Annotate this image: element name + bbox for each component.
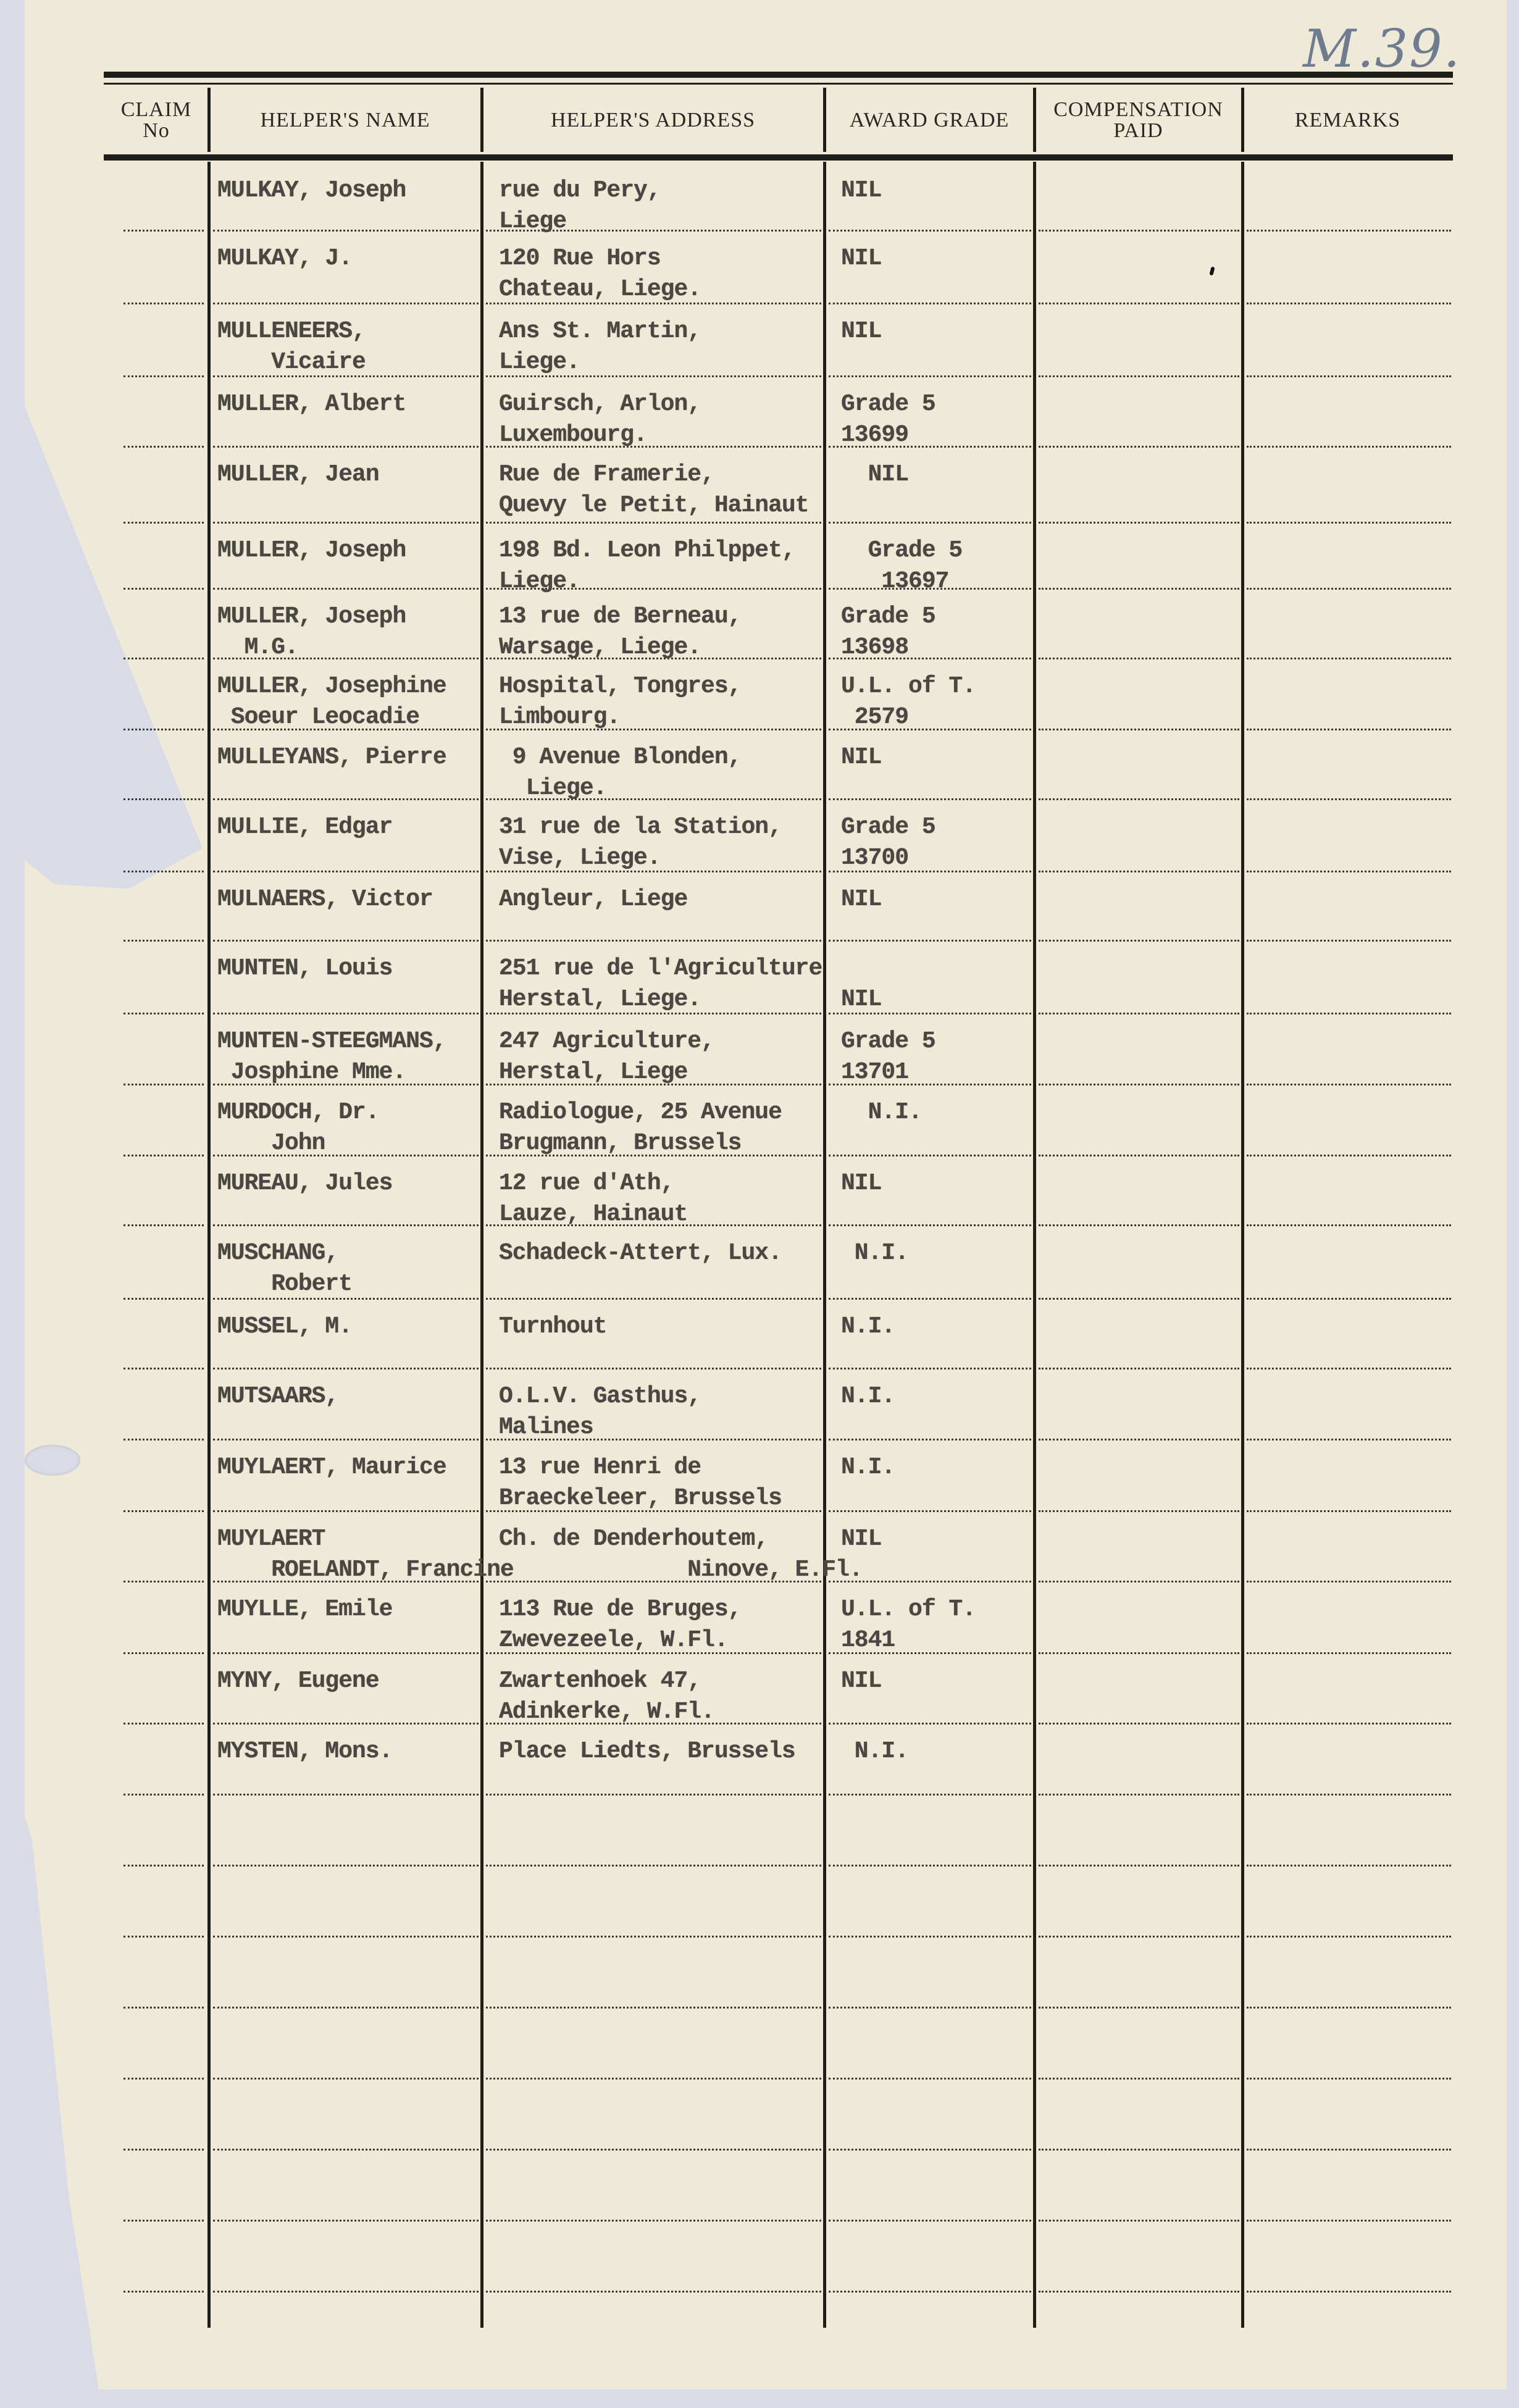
row-separator: [213, 1224, 479, 1226]
cell-name: MUNTEN, Louis: [217, 953, 392, 984]
cell-name: MULLER, Josephine Soeur Leocadie: [217, 671, 446, 733]
cell-award: NIL: [841, 742, 881, 773]
cell-name: MYNY, Eugene: [217, 1666, 379, 1697]
cell-name: MUYLAERT ROELANDT, Francine: [217, 1524, 514, 1586]
row-separator: [486, 940, 821, 942]
row-separator: [829, 1865, 1031, 1867]
row-separator: [213, 1368, 479, 1369]
row-separator: [829, 2149, 1031, 2151]
cell-address: Turnhout: [499, 1311, 606, 1342]
row-separator: [486, 2078, 821, 2080]
column-header-award: AWARD GRADE: [824, 93, 1034, 148]
cell-address: 251 rue de l'Agriculture Herstal, Liege.: [499, 953, 822, 1015]
header-bottom-rule: [104, 154, 1453, 161]
row-separator: [1039, 1084, 1239, 1085]
row-separator: [123, 940, 204, 942]
column-divider-header: [207, 88, 211, 152]
row-separator: [213, 1865, 479, 1867]
row-separator: [1039, 1298, 1239, 1300]
cell-name: MULLEYANS, Pierre: [217, 742, 446, 773]
cell-address: 113 Rue de Bruges, Zwevezeele, W.Fl.: [499, 1594, 741, 1656]
row-separator: [123, 588, 204, 590]
cell-award: N.I.: [841, 1381, 895, 1412]
row-separator: [1039, 2007, 1239, 2009]
row-separator: [123, 1224, 204, 1226]
cell-award: NIL: [841, 459, 908, 490]
column-divider: [823, 162, 826, 2328]
row-separator: [1039, 303, 1239, 304]
row-separator: [1039, 1368, 1239, 1369]
row-separator: [829, 1224, 1031, 1226]
cell-address: Guirsch, Arlon, Luxembourg.: [499, 389, 701, 451]
row-separator: [486, 2291, 821, 2293]
row-separator: [213, 2291, 479, 2293]
row-separator: [1247, 798, 1451, 800]
cell-address: 13 rue de Berneau, Warsage, Liege.: [499, 601, 741, 663]
row-separator: [1247, 1865, 1451, 1867]
row-separator: [1039, 1013, 1239, 1014]
cell-address: Ans St. Martin, Liege.: [499, 316, 701, 378]
row-separator: [123, 729, 204, 730]
row-separator: [829, 1439, 1031, 1440]
cell-address: 12 rue d'Ath, Lauze, Hainaut: [499, 1168, 687, 1230]
cell-address: rue du Pery, Liege: [499, 175, 661, 237]
row-separator: [1247, 1936, 1451, 1938]
cell-award: NIL: [841, 953, 881, 1015]
cell-award: NIL: [841, 1524, 881, 1555]
row-separator: [123, 1084, 204, 1085]
row-separator: [1247, 522, 1451, 524]
row-separator: [123, 871, 204, 872]
row-separator: [1039, 798, 1239, 800]
row-separator: [123, 1652, 204, 1654]
column-header-address: HELPER'S ADDRESS: [482, 93, 824, 148]
column-divider-header: [823, 88, 826, 152]
row-separator: [1039, 1652, 1239, 1654]
cell-award: N.I.: [841, 1097, 922, 1128]
row-separator: [1039, 1510, 1239, 1512]
row-separator: [123, 2149, 204, 2151]
row-separator: [123, 658, 204, 659]
cell-address: Ch. de Denderhoutem, Ninove, E.Fl.: [499, 1524, 863, 1586]
row-separator: [123, 798, 204, 800]
row-separator: [1039, 2149, 1239, 2151]
cell-name: MULLIE, Edgar: [217, 812, 392, 843]
row-separator: [829, 1794, 1031, 1796]
row-separator: [213, 2149, 479, 2151]
column-header-compensation: COMPENSATION PAID: [1034, 93, 1242, 148]
column-divider: [207, 162, 211, 2328]
cell-address: 120 Rue Hors Chateau, Liege.: [499, 243, 701, 305]
row-separator: [123, 1439, 204, 1440]
row-separator: [829, 303, 1031, 304]
cell-award: NIL: [841, 1666, 881, 1697]
row-separator: [1247, 940, 1451, 942]
cell-award: N.I.: [841, 1238, 908, 1269]
row-separator: [1247, 1510, 1451, 1512]
row-separator: [829, 1936, 1031, 1938]
row-separator: [829, 522, 1031, 524]
row-separator: [123, 1723, 204, 1724]
row-separator: [1039, 522, 1239, 524]
row-separator: [213, 2078, 479, 2080]
cell-address: 198 Bd. Leon Philppet, Liege.: [499, 535, 795, 597]
top-thick-rule: [104, 72, 1453, 78]
row-separator: [1247, 2149, 1451, 2151]
row-separator: [1247, 588, 1451, 590]
row-separator: [1247, 303, 1451, 304]
row-separator: [1247, 1581, 1451, 1582]
cell-address: Radiologue, 25 Avenue Brugmann, Brussels: [499, 1097, 782, 1159]
row-separator: [213, 446, 479, 448]
cell-address: Rue de Framerie, Quevy le Petit, Hainaut: [499, 459, 809, 521]
row-separator: [1039, 940, 1239, 942]
cell-name: MULLENEERS, Vicaire: [217, 316, 366, 378]
column-header-remarks: REMARKS: [1242, 93, 1453, 148]
cell-award: NIL: [841, 316, 881, 347]
cell-award: NIL: [841, 1168, 881, 1199]
row-separator: [486, 1794, 821, 1796]
cell-name: MULLER, Jean: [217, 459, 379, 490]
row-separator: [1039, 1936, 1239, 1938]
cell-award: Grade 5 13697: [841, 535, 962, 597]
cell-name: MYSTEN, Mons.: [217, 1736, 392, 1767]
row-separator: [1039, 729, 1239, 730]
row-separator: [123, 2007, 204, 2009]
row-separator: [1039, 658, 1239, 659]
cell-name: MULNAERS, Victor: [217, 884, 433, 915]
row-separator: [486, 2007, 821, 2009]
row-separator: [1039, 1439, 1239, 1440]
column-divider: [1241, 162, 1244, 2328]
row-separator: [213, 1510, 479, 1512]
row-separator: [486, 1865, 821, 1867]
row-separator: [486, 2149, 821, 2151]
cell-address: Schadeck-Attert, Lux.: [499, 1238, 782, 1269]
row-separator: [123, 230, 204, 232]
row-separator: [1247, 1013, 1451, 1014]
cell-name: MULLER, Albert: [217, 389, 406, 420]
cell-award: Grade 5 13698: [841, 601, 935, 663]
row-separator: [1247, 2220, 1451, 2222]
cell-address: 13 rue Henri de Braeckeleer, Brussels: [499, 1452, 782, 1514]
row-separator: [829, 940, 1031, 942]
row-separator: [1247, 729, 1451, 730]
row-separator: [486, 2220, 821, 2222]
cell-address: Place Liedts, Brussels: [499, 1736, 795, 1767]
cell-address: Hospital, Tongres, Limbourg.: [499, 671, 741, 733]
row-separator: [1247, 1794, 1451, 1796]
row-separator: [123, 2291, 204, 2293]
cell-address: Zwartenhoek 47, Adinkerke, W.Fl.: [499, 1666, 714, 1728]
cell-award: Grade 5 13701: [841, 1026, 935, 1088]
row-separator: [829, 2078, 1031, 2080]
row-separator: [486, 522, 821, 524]
row-separator: [123, 1865, 204, 1867]
cell-name: MUREAU, Jules: [217, 1168, 392, 1199]
row-separator: [1039, 871, 1239, 872]
cell-award: NIL: [841, 175, 881, 206]
column-header-claim: CLAIM No: [104, 93, 209, 148]
row-separator: [213, 1794, 479, 1796]
row-separator: [213, 1723, 479, 1724]
cell-award: N.I.: [841, 1452, 895, 1483]
row-separator: [123, 1013, 204, 1014]
cell-award: Grade 5 13699: [841, 389, 935, 451]
row-separator: [213, 2220, 479, 2222]
row-separator: [829, 2220, 1031, 2222]
row-separator: [1247, 446, 1451, 448]
row-separator: [213, 1652, 479, 1654]
row-separator: [213, 588, 479, 590]
cell-address: O.L.V. Gasthus, Malines: [499, 1381, 701, 1443]
column-divider-header: [480, 88, 483, 152]
cell-award: N.I.: [841, 1311, 895, 1342]
row-separator: [213, 1936, 479, 1938]
column-divider-header: [1033, 88, 1036, 152]
row-separator: [213, 230, 479, 232]
cell-address: 31 rue de la Station, Vise, Liege.: [499, 812, 782, 874]
row-separator: [123, 1510, 204, 1512]
row-separator: [123, 1155, 204, 1156]
column-divider-header: [1241, 88, 1244, 152]
column-divider: [1033, 162, 1036, 2328]
row-separator: [829, 1368, 1031, 1369]
top-thin-rule: [104, 83, 1453, 85]
row-separator: [829, 798, 1031, 800]
cell-award: U.L. of T. 1841: [841, 1594, 976, 1656]
cell-name: MULKAY, Joseph: [217, 175, 406, 206]
row-separator: [1247, 1224, 1451, 1226]
row-separator: [1247, 1439, 1451, 1440]
row-separator: [1247, 871, 1451, 872]
row-separator: [123, 375, 204, 377]
row-separator: [213, 2007, 479, 2009]
cell-name: MUYLAERT, Maurice: [217, 1452, 446, 1483]
row-separator: [1039, 1865, 1239, 1867]
row-separator: [1247, 1652, 1451, 1654]
row-separator: [213, 798, 479, 800]
row-separator: [829, 2291, 1031, 2293]
row-separator: [1039, 1155, 1239, 1156]
row-separator: [1247, 1084, 1451, 1085]
row-separator: [829, 1510, 1031, 1512]
row-separator: [123, 2078, 204, 2080]
cell-award: NIL: [841, 884, 881, 915]
row-separator: [1247, 2007, 1451, 2009]
cell-address: 9 Avenue Blonden, Liege.: [499, 742, 741, 804]
row-separator: [829, 1155, 1031, 1156]
cell-name: MULKAY, J.: [217, 243, 352, 274]
row-separator: [1247, 658, 1451, 659]
cell-name: MULLER, Joseph: [217, 535, 406, 566]
cell-name: MUTSAARS,: [217, 1381, 338, 1412]
row-separator: [213, 940, 479, 942]
row-separator: [1247, 1368, 1451, 1369]
cell-award: NIL: [841, 243, 881, 274]
row-separator: [1247, 1298, 1451, 1300]
row-separator: [213, 303, 479, 304]
row-separator: [1039, 2291, 1239, 2293]
cell-name: MURDOCH, Dr. John: [217, 1097, 379, 1159]
row-separator: [1039, 2220, 1239, 2222]
row-separator: [1039, 446, 1239, 448]
cell-name: MUSCHANG, Robert: [217, 1238, 352, 1300]
row-separator: [213, 1439, 479, 1440]
row-separator: [123, 1581, 204, 1582]
row-separator: [1039, 588, 1239, 590]
cell-address: Angleur, Liege: [499, 884, 687, 915]
column-divider: [480, 162, 483, 2328]
row-separator: [1039, 1723, 1239, 1724]
cell-name: MUYLLE, Emile: [217, 1594, 392, 1625]
cell-name: MUSSEL, M.: [217, 1311, 352, 1342]
row-separator: [123, 2220, 204, 2222]
row-separator: [486, 1936, 821, 1938]
row-separator: [213, 1013, 479, 1014]
row-separator: [1039, 230, 1239, 232]
column-header-name: HELPER'S NAME: [209, 93, 482, 148]
row-separator: [123, 446, 204, 448]
row-separator: [829, 1723, 1031, 1724]
row-separator: [1247, 2291, 1451, 2293]
row-separator: [486, 1298, 821, 1300]
row-separator: [1039, 1794, 1239, 1796]
cell-name: MUNTEN-STEEGMANS, Josphine Mme.: [217, 1026, 446, 1088]
handwritten-reference: M.39.: [1303, 19, 1461, 79]
cell-award: Grade 5 13700: [841, 812, 935, 874]
row-separator: [829, 375, 1031, 377]
row-separator: [1039, 1581, 1239, 1582]
row-separator: [829, 1298, 1031, 1300]
row-separator: [213, 871, 479, 872]
row-separator: [1039, 1224, 1239, 1226]
cell-award: U.L. of T. 2579: [841, 671, 976, 733]
row-separator: [123, 1298, 204, 1300]
row-separator: [123, 303, 204, 304]
row-separator: [1039, 375, 1239, 377]
row-separator: [486, 1368, 821, 1369]
row-separator: [829, 2007, 1031, 2009]
row-separator: [829, 230, 1031, 232]
row-separator: [123, 1794, 204, 1796]
row-separator: [1247, 2078, 1451, 2080]
row-separator: [123, 1936, 204, 1938]
cell-name: MULLER, Joseph M.G.: [217, 601, 406, 663]
row-separator: [123, 1368, 204, 1369]
punch-hole: [25, 1445, 80, 1476]
row-separator: [213, 522, 479, 524]
cell-address: 247 Agriculture, Herstal, Liege: [499, 1026, 714, 1088]
row-separator: [1039, 2078, 1239, 2080]
row-separator: [1247, 1155, 1451, 1156]
row-separator: [1247, 230, 1451, 232]
row-separator: [123, 522, 204, 524]
row-separator: [1247, 1723, 1451, 1724]
row-separator: [1247, 375, 1451, 377]
cell-award: N.I.: [841, 1736, 908, 1767]
